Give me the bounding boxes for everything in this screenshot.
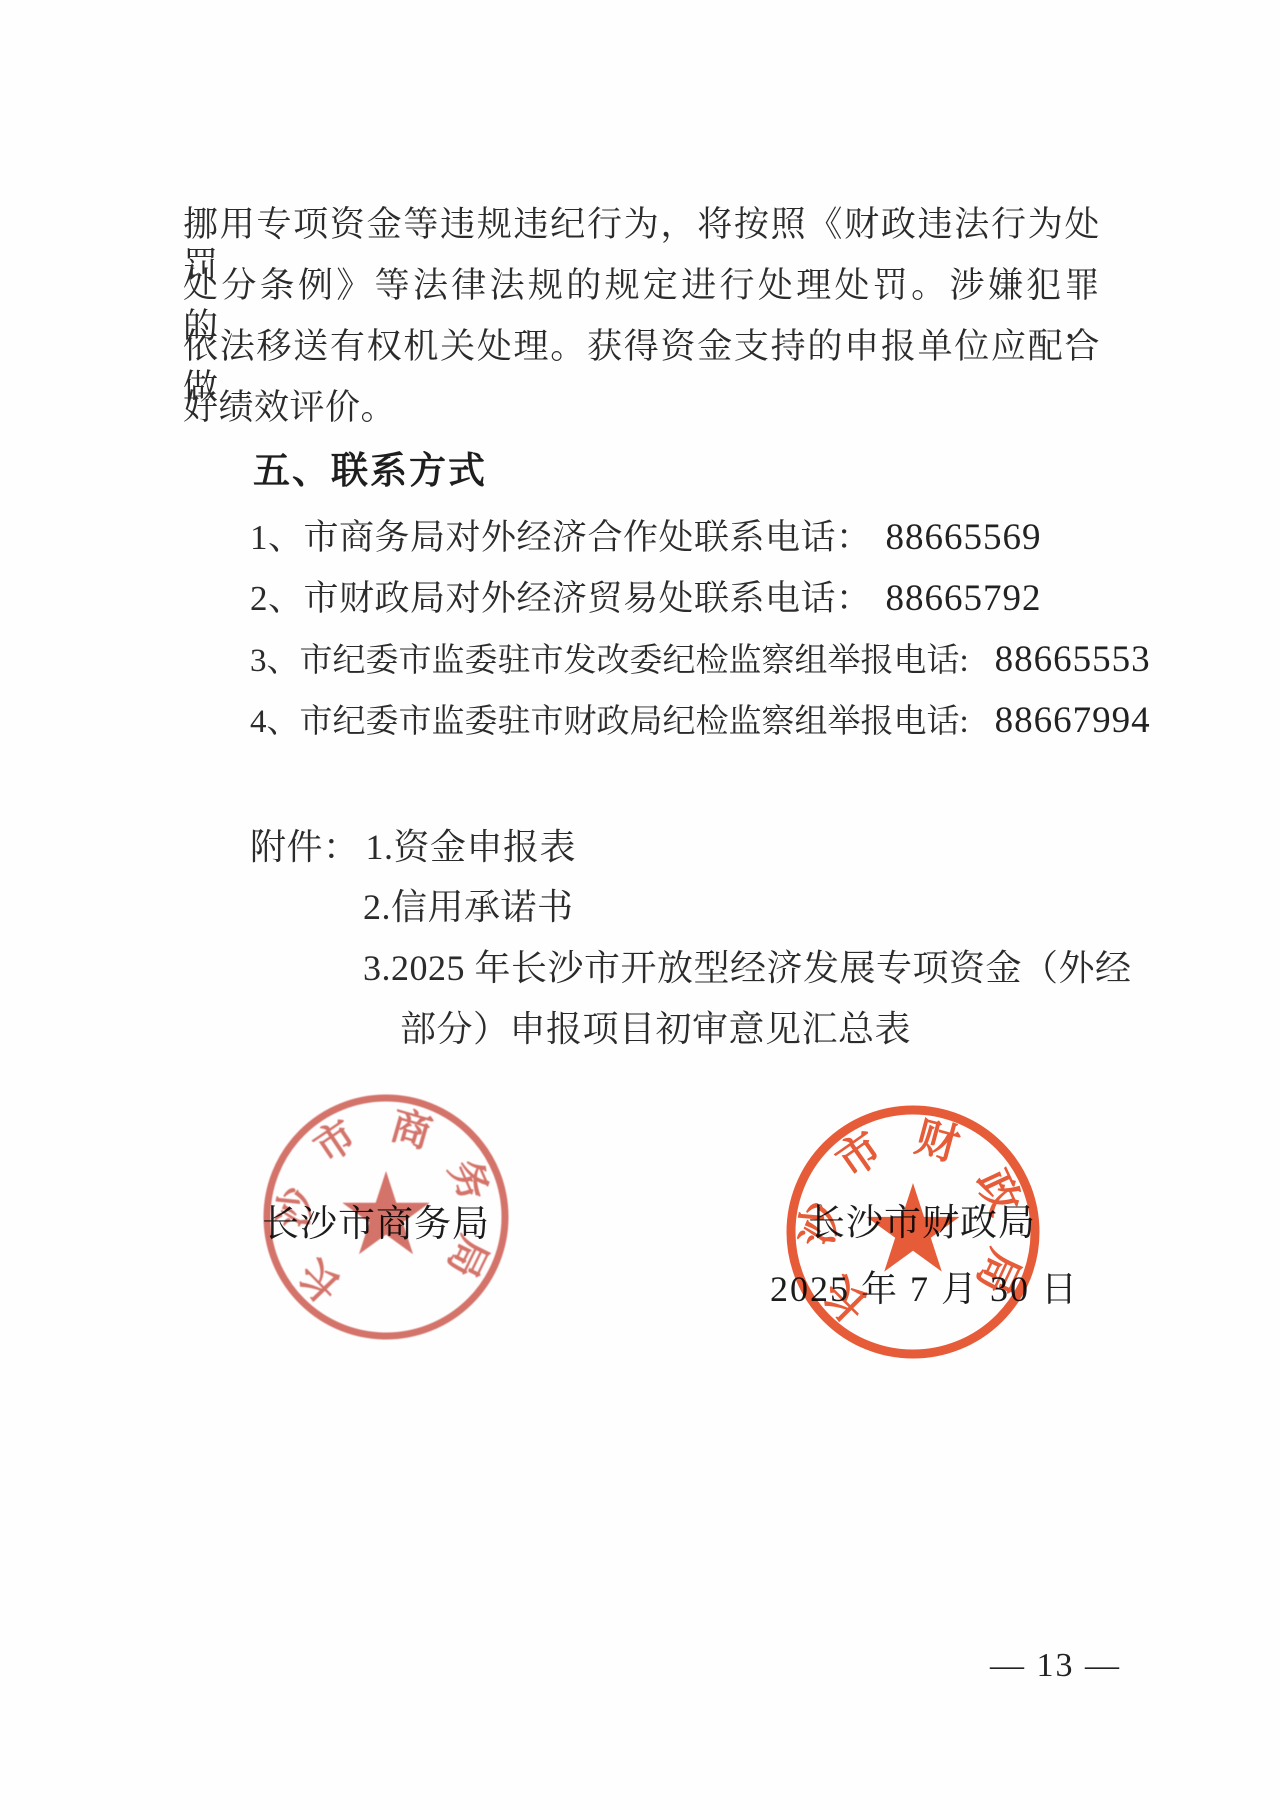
- phone-number: 88665569: [886, 517, 1042, 558]
- contact-row: 3、市纪委市监委驻市发改委纪检监察组举报电话:88665553: [250, 638, 1151, 682]
- contact-row: 4、市纪委市监委驻市财政局纪检监察组举报电话:88667994: [250, 699, 1151, 743]
- section-heading: 五、联系方式: [253, 449, 487, 493]
- contact-label: 4、市纪委市监委驻市财政局纪检监察组举报电话:: [250, 704, 969, 740]
- svg-text:沙: 沙: [271, 1183, 320, 1229]
- attachments-line: 附件：1.资金申报表: [250, 826, 576, 868]
- seal-star-icon: [342, 1171, 429, 1254]
- contact-label: 3、市纪委市监委驻市发改委纪检监察组举报电话:: [250, 643, 969, 679]
- attachment-item: 3.2025 年长沙市开放型经济发展专项资金（外经: [363, 947, 1132, 989]
- finance-bureau-seal: 长沙市财政局: [775, 1094, 1051, 1370]
- contact-row: 2、市财政局对外经济贸易处联系电话：88665792: [250, 577, 1042, 621]
- attachment-item: 部分）申报项目初审意见汇总表: [400, 1008, 911, 1050]
- svg-text:商: 商: [386, 1102, 437, 1156]
- seal-star-icon: [866, 1183, 959, 1272]
- attachment-item: 1.资金申报表: [366, 827, 577, 867]
- attachment-item: 2.信用承诺书: [363, 886, 574, 928]
- paragraph-line: 好绩效评价。: [183, 387, 1100, 428]
- contact-label: 1、市商务局对外经济合作处联系电话：: [250, 518, 872, 557]
- contact-row: 1、市商务局对外经济合作处联系电话：88665569: [250, 516, 1042, 560]
- document-page: 挪用专项资金等违规违纪行为，将按照《财政违法行为处罚 处分条例》等法律法规的规定…: [0, 0, 1280, 1810]
- phone-number: 88665792: [886, 578, 1042, 619]
- page-number: — 13 —: [990, 1646, 1121, 1686]
- attachments-label: 附件：: [250, 827, 360, 867]
- phone-number: 88667994: [995, 700, 1151, 741]
- phone-number: 88665553: [995, 639, 1151, 680]
- svg-text:沙: 沙: [794, 1198, 846, 1247]
- commerce-bureau-seal: 长沙市商务局: [251, 1082, 521, 1352]
- contact-label: 2、市财政局对外经济贸易处联系电话：: [250, 579, 872, 618]
